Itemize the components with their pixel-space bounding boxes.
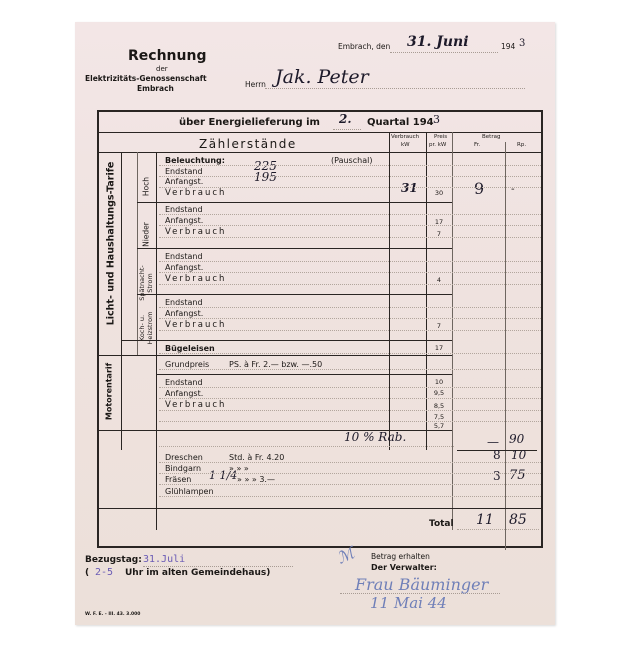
rule [137,202,452,203]
quarter-handwritten: 2. [339,112,352,126]
rule [159,261,541,262]
discount-handwritten: 10 % Rab. [344,430,406,444]
sub-label-koch-heiz: Koch- u. Heizstrom [138,303,154,353]
verbrauch-label: Verbrauch [165,320,226,330]
discount-rp: 90 [509,432,524,446]
endstand-label: Endstand [165,298,203,307]
rule [159,398,541,399]
sub-label-nieder: Nieder [142,210,151,260]
rule [159,369,541,370]
rule [389,132,390,450]
extra-dreschen-rp: 10 [511,448,526,462]
year-handwritten: 3 [519,38,525,49]
rule [159,214,541,215]
col-consumption: Verbrauch [391,134,419,140]
rule [156,152,157,530]
discount-fr: — [487,435,499,449]
pauschal-note: (Pauschal) [331,156,372,165]
endstand-label: Endstand [165,167,203,176]
place-date-prefix: Embrach, den [338,42,390,51]
rule [159,165,541,166]
rule [159,446,454,447]
date-line [390,52,498,53]
rule [159,307,541,308]
recipient-handwritten: Jak. Peter [275,66,369,88]
price-motor-2: 9,5 [427,389,451,397]
total-fr: 11 [476,512,494,528]
rule [99,132,541,133]
rule [452,132,453,530]
hours-open-paren: ( [85,568,89,578]
col-price: Preis [434,134,447,140]
rule [159,496,541,497]
total-label: Total [429,519,454,529]
price-motor-5: 5,7 [427,422,451,430]
sub-label-hoch: Hoch [142,162,151,212]
beleuchtung-label: Beleuchtung: [165,156,225,165]
rule [99,152,541,153]
verbrauch-kw-value: 31 [401,181,418,195]
form-code: W. F. E. - III. 43. 3.000 [85,612,140,617]
price-koch-heiz: 7 [427,322,451,330]
extra-fraesen-text: » » » 3.— [237,475,275,484]
rule [159,237,541,238]
anfangst-label: Anfangst. [165,216,203,225]
table-heading-prefix: über Energielieferung im [179,117,320,128]
col-price-unit: pr. kW [429,142,446,148]
received-label: Betrag erhalten [371,552,430,561]
bezugstag-label: Bezugstag: [85,555,142,565]
extra-fraesen-label: Fräsen [165,475,191,484]
rule [137,248,452,249]
grundpreis-label: Grundpreis [165,360,209,369]
verbrauch-label: Verbrauch [165,400,226,410]
price-beleuchtung: 30 [427,189,451,197]
endstand-label: Endstand [165,252,203,261]
col-rp: Rp. [517,142,526,148]
rule [159,330,541,331]
extra-dreschen-text: Std. à Fr. 4.20 [229,453,284,462]
rule [159,272,541,273]
col-meter: Zählerstände [199,137,297,151]
extra-fraesen-handwritten: 1 1/4 [209,469,237,482]
bezugstag-line [143,566,293,567]
verbrauch-label: Verbrauch [165,188,226,198]
rule [159,473,541,474]
extra-fraesen-rp: 75 [509,468,526,483]
rule [457,529,539,530]
amount-rp-beleuchtung: - [511,184,515,195]
heading-year-handwritten: 3 [433,113,440,126]
grundpreis-text: PS. à Fr. 2.— bzw. —.50 [229,360,322,369]
rule [159,318,541,319]
buegeleisen-label: Bügeleisen [165,344,215,353]
signature-name: Frau Bäuminger [355,575,488,594]
rule [159,225,541,226]
amount-fr-beleuchtung: 9 [474,179,484,198]
price-motor-1: 10 [427,378,451,386]
rule [99,508,541,509]
anfangst-label: Anfangst. [165,309,203,318]
extra-bindgarn-label: Bindgarn [165,464,201,473]
extra-fraesen-fr: 3 [493,469,501,483]
date-handwritten: 31. Juni [407,34,469,50]
org-place: Embrach [137,84,174,93]
hours-value: 2-5 [95,567,113,578]
endstand-label: Endstand [165,378,203,387]
anfangst-value: 195 [254,170,277,184]
price-motor-4: 7,5 [427,413,451,421]
price-motor-3: 8,5 [427,402,451,410]
invoice-table: über Energielieferung im 2. Quartal 194 … [97,110,543,548]
anfangst-label: Anfangst. [165,177,203,186]
sub-label-spaetnacht: Spätnacht-Strom [138,258,154,308]
rule [159,176,541,177]
total-rp: 85 [509,512,527,528]
rule [159,462,541,463]
hours-text: Uhr im alten Gemeindehaus) [125,568,270,578]
rule [99,355,452,356]
verbrauch-label: Verbrauch [165,227,226,237]
side-group-light-household: Licht- und Haushaltungs-Tarife [106,144,117,344]
col-amount: Betrag [482,134,500,140]
signature-date: 11 Mai 44 [370,594,447,612]
rule [121,340,452,341]
extra-dreschen-fr: 8 [493,448,501,462]
rule [137,294,452,295]
quarter-line [333,129,361,130]
rule [159,410,541,411]
recipient-line [265,88,525,89]
table-heading-quarter: Quartal 194 [367,117,434,128]
rule [159,484,541,485]
anfangst-label: Anfangst. [165,389,203,398]
rule [156,374,452,375]
rule [159,187,541,188]
rule [505,142,506,550]
side-group-motor: Motorentarif [105,352,114,432]
anfangst-label: Anfangst. [165,263,203,272]
rule [159,421,541,422]
rule [159,387,541,388]
manager-label: Der Verwalter: [371,563,437,572]
rule [121,152,122,450]
year-printed: 194 [501,42,515,51]
col-fr: Fr. [474,142,480,148]
rule [159,353,541,354]
bezugstag-value: 31.Juli [143,554,185,565]
col-consumption-unit: kW [401,142,410,148]
price-spaetnacht: 4 [427,276,451,284]
extra-gluehlampen-label: Glühlampen [165,487,214,496]
verbrauch-label: Verbrauch [165,274,226,284]
invoice-paper: Rechnung der Elektrizitäts-Genossenschaf… [75,22,555,625]
price-buegeleisen: 17 [427,344,451,352]
subtitle-der: der [156,65,168,73]
endstand-label: Endstand [165,205,203,214]
org-name: Elektrizitäts-Genossenschaft [85,74,207,83]
extra-dreschen-label: Dreschen [165,453,203,462]
recipient-label: Herrn [245,80,266,89]
rule [159,284,541,285]
invoice-title: Rechnung [128,48,206,64]
